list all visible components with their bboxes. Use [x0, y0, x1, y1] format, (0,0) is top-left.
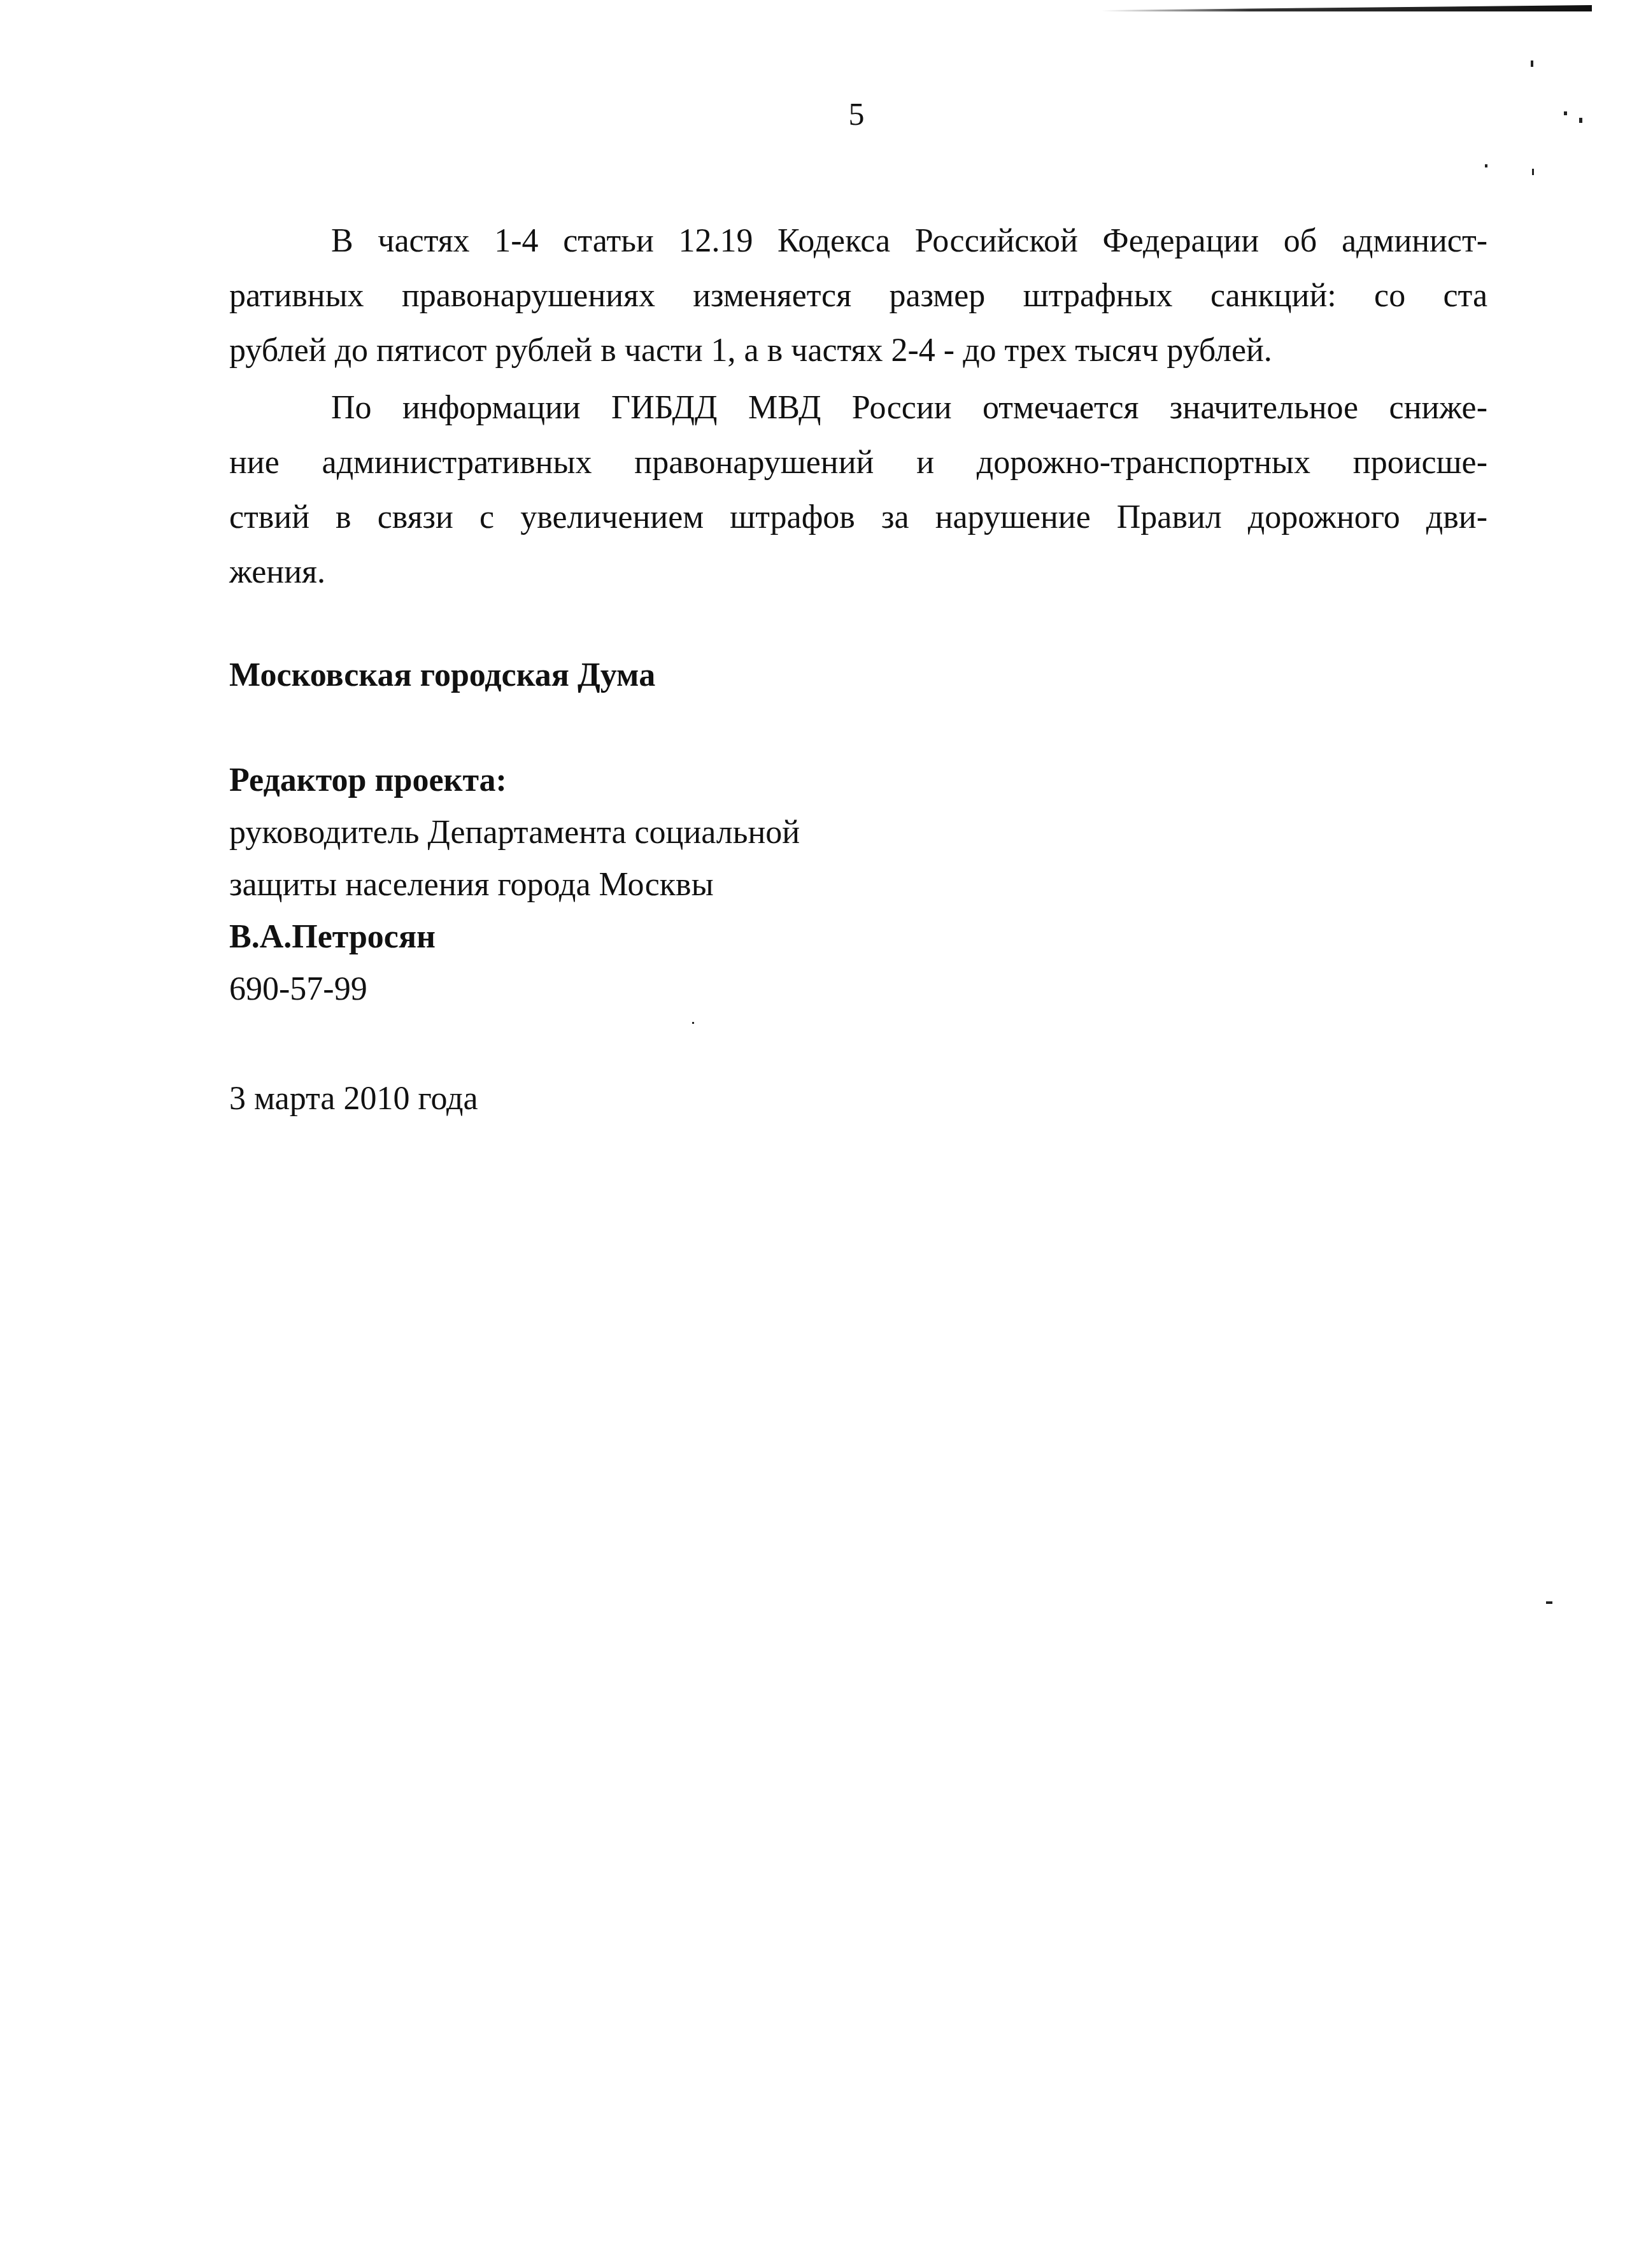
text-line: ние административных правонарушений и до… [229, 436, 1487, 490]
editor-phone: 690-57-99 [229, 963, 800, 1016]
text-line: ративных правонарушениях изменяется разм… [229, 269, 1487, 323]
scan-speck [1531, 60, 1533, 67]
editor-block: Редактор проекта: руководитель Департаме… [229, 755, 800, 1016]
text-line: жения. [229, 545, 1487, 600]
text-line: По информации ГИБДД МВД России отмечаетс… [229, 381, 1487, 436]
organization-name: Московская городская Дума [229, 649, 655, 702]
page-number: 5 [841, 96, 872, 132]
scan-speck [1546, 1601, 1552, 1604]
scan-speck [1564, 111, 1567, 115]
editor-position-line: защиты населения города Москвы [229, 859, 800, 911]
scan-speck [1532, 169, 1534, 175]
editor-heading: Редактор проекта: [229, 755, 800, 807]
scan-artifact-bar [1102, 5, 1592, 11]
document-date: 3 марта 2010 года [229, 1073, 478, 1125]
paragraph-fines: В частях 1-4 статьи 12.19 Кодекса Россий… [229, 214, 1487, 378]
editor-name: В.А.Петросян [229, 911, 800, 963]
text-line: рублей до пятисот рублей в части 1, а в … [229, 323, 1487, 378]
scan-speck [1485, 164, 1487, 167]
scan-speck [692, 1022, 694, 1024]
editor-position-line: руководитель Департамента социальной [229, 807, 800, 859]
paragraph-gibdd-info: По информации ГИБДД МВД России отмечаетс… [229, 381, 1487, 600]
text-line: В частях 1-4 статьи 12.19 Кодекса Россий… [229, 214, 1487, 269]
scan-speck [1579, 118, 1582, 123]
text-line: ствий в связи с увеличением штрафов за н… [229, 490, 1487, 545]
